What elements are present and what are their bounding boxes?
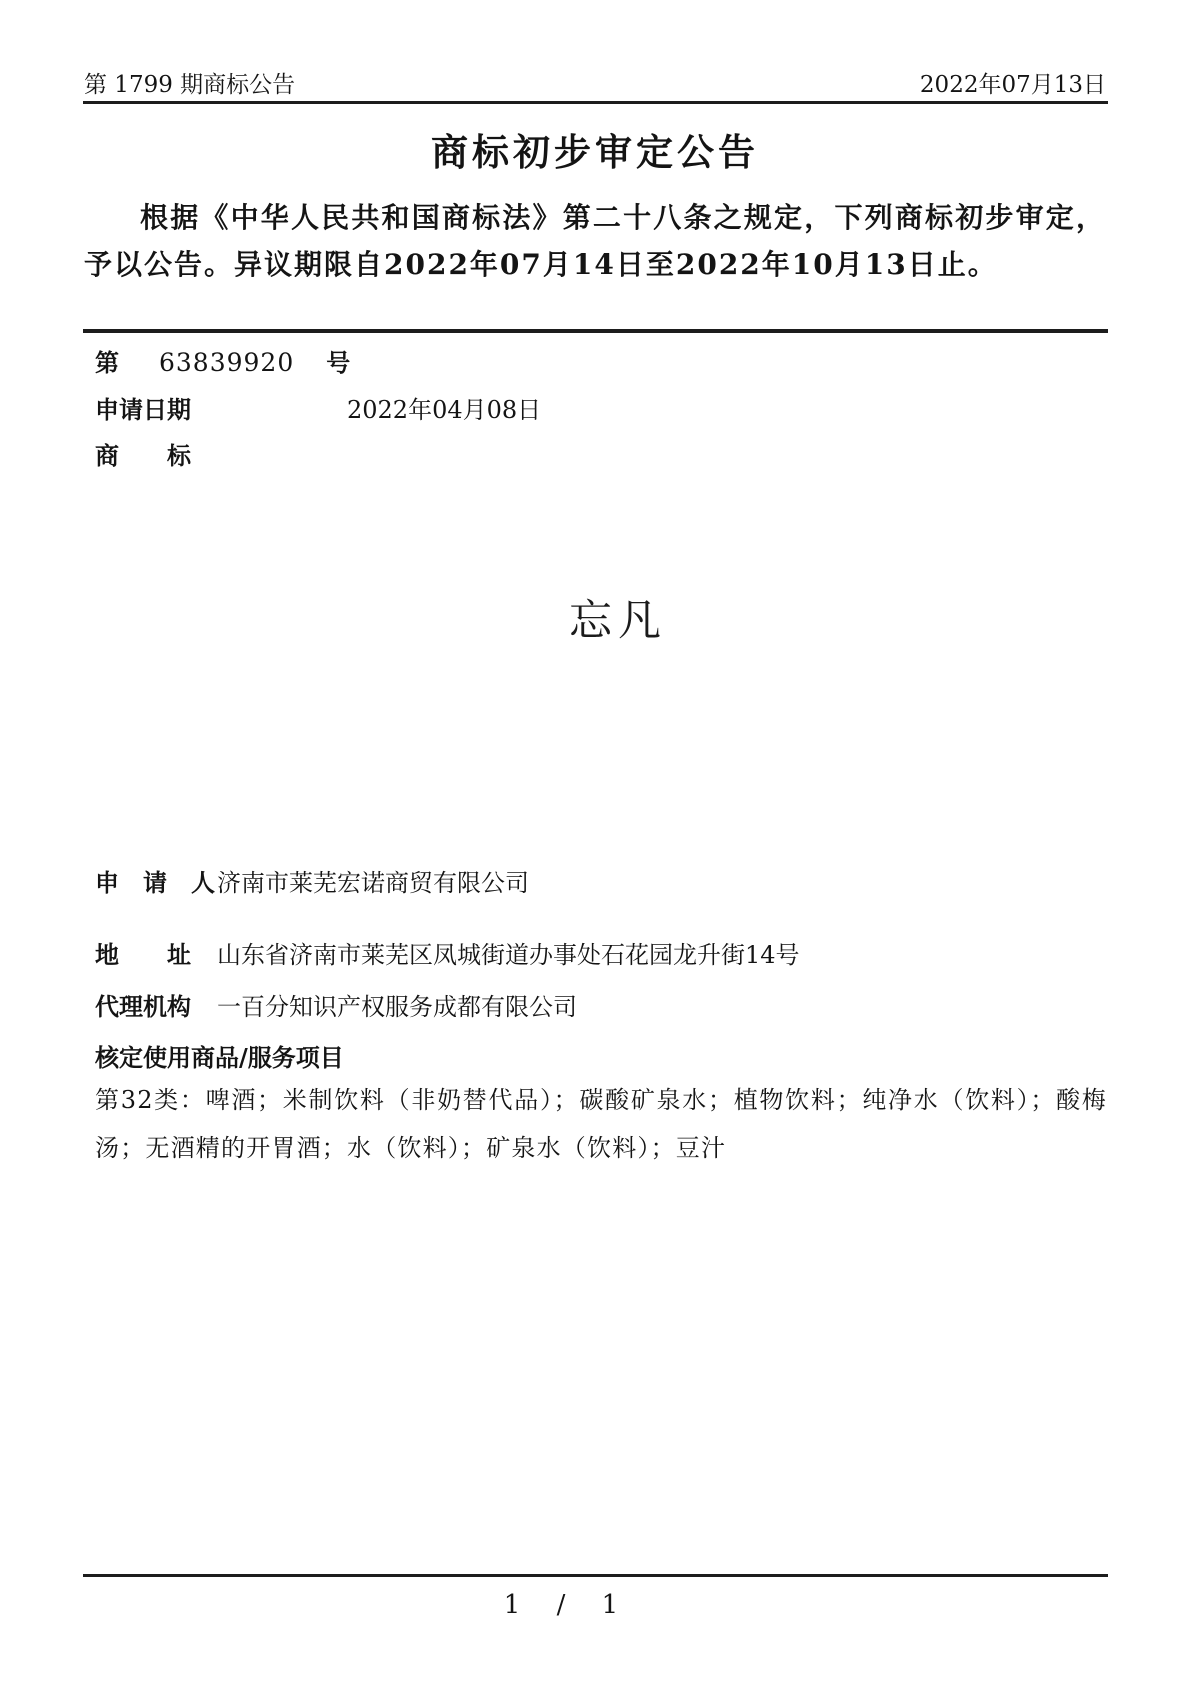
goods-section-title: 核定使用商品/服务项目 (95, 1038, 344, 1073)
footer-rule (83, 1574, 1108, 1577)
page-total: 1 (602, 1590, 619, 1620)
number-suffix: 号 (326, 348, 350, 378)
page-current: 1 (504, 1590, 521, 1620)
page-separator: / (557, 1590, 566, 1620)
page-header: 第 1799 期商标公告 2022年07月13日 (84, 66, 1106, 99)
intro-paragraph: 根据《中华人民共和国商标法》第二十八条之规定，下列商标初步审定，予以公告。异议期… (84, 194, 1106, 288)
applicant-row: 申 请 人 济南市莱芜宏诺商贸有限公司 (95, 868, 529, 898)
application-number: 63839920 (159, 348, 294, 378)
page-indicator: 1 / 1 (0, 1590, 1156, 1620)
agency-label: 代理机构 (95, 992, 217, 1022)
gazette-page: 第 1799 期商标公告 2022年07月13日 商标初步审定公告 根据《中华人… (0, 0, 1190, 1684)
trademark-image-text: 忘凡 (0, 593, 1190, 649)
applicant-value: 济南市莱芜宏诺商贸有限公司 (217, 868, 529, 898)
separator-rule (83, 329, 1108, 333)
address-label: 地 址 (95, 940, 217, 970)
agency-value: 一百分知识产权服务成都有限公司 (217, 992, 577, 1022)
header-rule (83, 101, 1108, 104)
trademark-label: 商 标 (95, 441, 191, 471)
address-row: 地 址 山东省济南市莱芜区凤城街道办事处石花园龙升街14号 (95, 940, 800, 970)
document-title: 商标初步审定公告 (0, 122, 1190, 176)
goods-list: 第32类：啤酒；米制饮料（非奶替代品）；碳酸矿泉水；植物饮料；纯净水（饮料）；酸… (95, 1076, 1107, 1172)
address-value: 山东省济南市莱芜区凤城街道办事处石花园龙升街14号 (217, 940, 800, 970)
application-date-value: 2022年04月08日 (347, 395, 541, 425)
header-issue-number: 第 1799 期商标公告 (84, 66, 295, 99)
agency-row: 代理机构 一百分知识产权服务成都有限公司 (95, 992, 577, 1022)
application-date-row: 申请日期 2022年04月08日 (95, 395, 541, 425)
applicant-label: 申 请 人 (95, 868, 217, 898)
header-date: 2022年07月13日 (920, 66, 1106, 99)
trademark-label-row: 商 标 (95, 441, 191, 471)
application-date-label: 申请日期 (95, 395, 191, 425)
number-prefix: 第 (95, 348, 119, 378)
application-number-row: 第 63839920 号 (95, 348, 350, 378)
